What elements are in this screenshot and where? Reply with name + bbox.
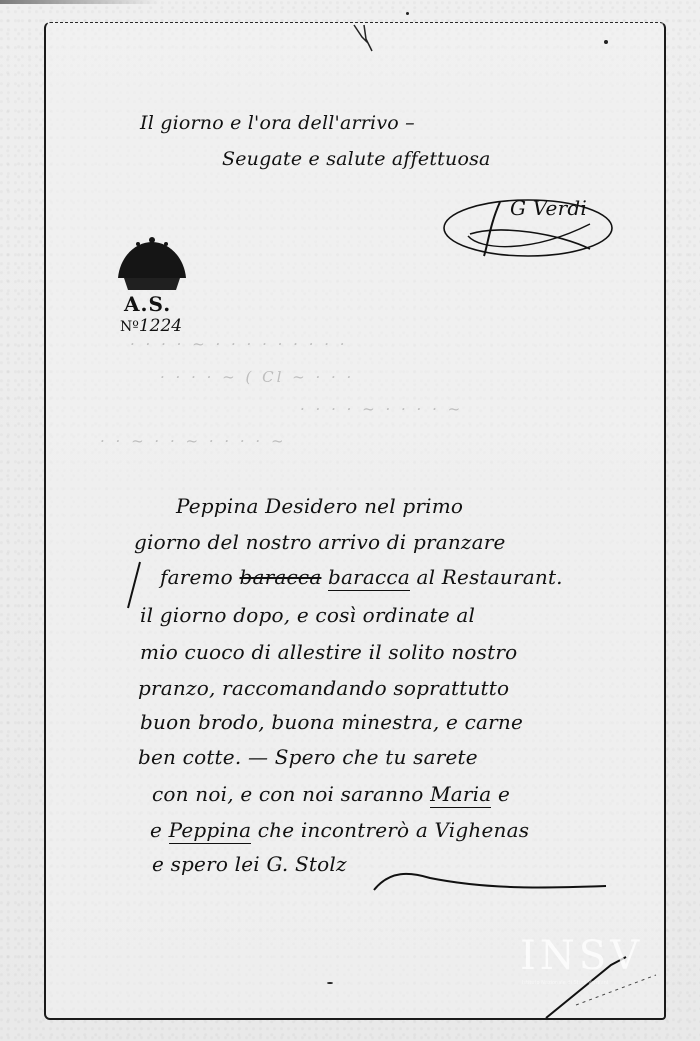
letter-line-6: pranzo, raccomandando soprattutto	[138, 676, 509, 700]
letter-line-3: faremo baracca baracca al Restaurant.	[160, 565, 563, 589]
archive-stamp: A.S. Nº1224	[112, 234, 192, 339]
bleedthrough-line: · · · · ~ ( Cl ~ · · ·	[160, 368, 354, 386]
bleedthrough-line: · · · · ~ · · · · · · · · ·	[130, 335, 348, 353]
closing-flourish	[370, 860, 610, 900]
letter-line-8: ben cotte. — Spero che tu sarete	[138, 745, 478, 769]
crest-emblem-icon	[112, 234, 192, 294]
bleedthrough-line: · · ~ · · ~ · · · · ~	[100, 432, 287, 450]
letter-line-4: il giorno dopo, e così ordinate al	[140, 603, 475, 627]
underlined-name-peppina: Peppina	[169, 818, 252, 844]
insv-watermark-subtext: Istituto Nazionale di Studi Verdiani	[522, 980, 608, 986]
letter-line-11: e spero lei G. Stolz	[152, 852, 347, 876]
stamp-number-value: 1224	[139, 316, 182, 336]
letter-line-2: giorno del nostro arrivo di pranzare	[134, 530, 506, 554]
scan-edge-shadow	[0, 0, 160, 4]
bleedthrough-line: · · · · ~ · · · · ~	[300, 400, 463, 418]
underlined-word: baracca	[328, 565, 410, 591]
stamp-initials: A.S.	[124, 292, 171, 316]
stamp-number: Nº1224	[120, 316, 182, 336]
postscript-line-1: Il giorno e l'ora dell'arrivo –	[140, 112, 415, 134]
stamp-number-prefix: Nº	[120, 319, 139, 335]
letter-line-1: Peppina Desidero nel primo	[176, 494, 463, 518]
signature-text: G Verdi	[510, 196, 587, 220]
letter-line-10: e Peppina che incontrerò a Vighenas	[150, 818, 529, 842]
letter-line-7: buon brodo, buona minestra, e carne	[140, 710, 523, 734]
insv-watermark: INSV	[520, 933, 643, 979]
underlined-name-maria: Maria	[430, 782, 491, 808]
letter-line-5: mio cuoco di allestire il solito nostro	[140, 640, 517, 664]
postscript-line-2: Seugate e salute affettuosa	[222, 148, 491, 170]
paper-tear-mark	[346, 23, 386, 63]
letter-line-9: con noi, e con noi saranno Maria e	[152, 782, 510, 806]
struck-word: baracca	[240, 565, 322, 589]
ink-speck	[604, 40, 608, 44]
ink-speck	[327, 982, 333, 984]
ink-speck	[406, 12, 409, 15]
